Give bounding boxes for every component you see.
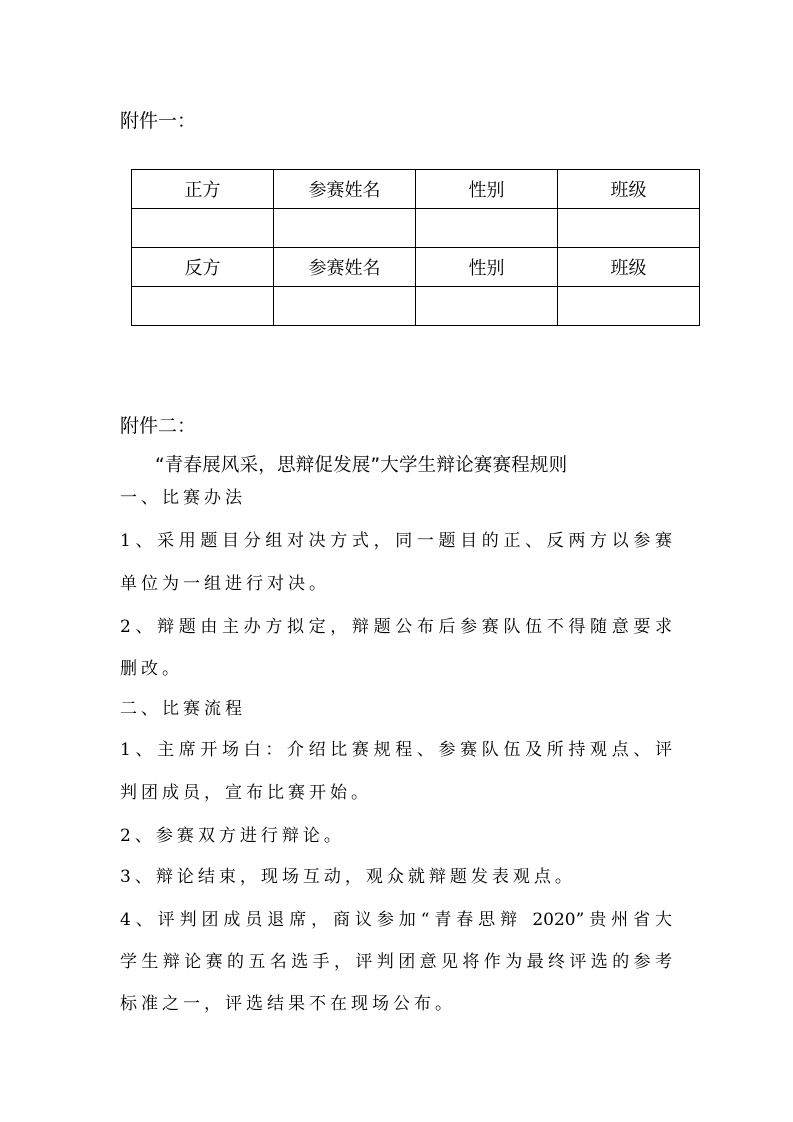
signup-table: 正方 参赛姓名 性别 班级 反方 参赛姓名 性别 班级 (131, 169, 700, 326)
cell-blank (274, 287, 416, 326)
cell-blank (274, 209, 416, 248)
paragraph-line: 删改。 (120, 657, 672, 681)
table-row-negative-entry (132, 287, 700, 326)
cell-side: 反方 (132, 248, 274, 287)
table-row-negative-header: 反方 参赛姓名 性别 班级 (132, 248, 700, 287)
paragraph-line: 4、评判团成员退席，商议参加“青春思辩 2020”贵州省大 (120, 908, 672, 932)
paragraph-line: 2、辩题由主办方拟定，辩题公布后参赛队伍不得随意要求 (120, 615, 672, 639)
paragraph-line: 1、主席开场白：介绍比赛规程、参赛队伍及所持观点、评 (120, 738, 672, 762)
cell-blank (558, 287, 700, 326)
table-row-affirmative-entry (132, 209, 700, 248)
paragraph-line: 判团成员，宣布比赛开始。 (120, 781, 672, 805)
attachment-1-heading: 附件一： (120, 109, 196, 133)
document-title: “青春展风采，思辩促发展”大学生辩论赛赛程规则 (155, 453, 655, 479)
section-heading-process: 二、比赛流程 (120, 697, 672, 721)
paragraph-line: 3、辩论结束，现场互动，观众就辩题发表观点。 (120, 865, 672, 889)
paragraph-line: 学生辩论赛的五名选手，评判团意见将作为最终评选的参考 (120, 950, 672, 974)
paragraph-line: 1、采用题目分组对决方式，同一题目的正、反两方以参赛 (120, 529, 672, 553)
paragraph-line: 2、参赛双方进行辩论。 (120, 824, 672, 848)
cell-gender-header: 性别 (416, 248, 558, 287)
cell-class-header: 班级 (558, 248, 700, 287)
cell-blank (416, 287, 558, 326)
paragraph-line: 标准之一，评选结果不在现场公布。 (120, 992, 672, 1016)
cell-name-header: 参赛姓名 (274, 170, 416, 209)
cell-side: 正方 (132, 170, 274, 209)
section-heading-method: 一、比赛办法 (120, 486, 672, 510)
cell-gender-header: 性别 (416, 170, 558, 209)
cell-blank (132, 209, 274, 248)
cell-blank (416, 209, 558, 248)
attachment-2-heading: 附件二： (120, 414, 196, 438)
paragraph-line: 单位为一组进行对决。 (120, 572, 672, 596)
cell-class-header: 班级 (558, 170, 700, 209)
table-row-affirmative-header: 正方 参赛姓名 性别 班级 (132, 170, 700, 209)
cell-blank (132, 287, 274, 326)
cell-name-header: 参赛姓名 (274, 248, 416, 287)
cell-blank (558, 209, 700, 248)
